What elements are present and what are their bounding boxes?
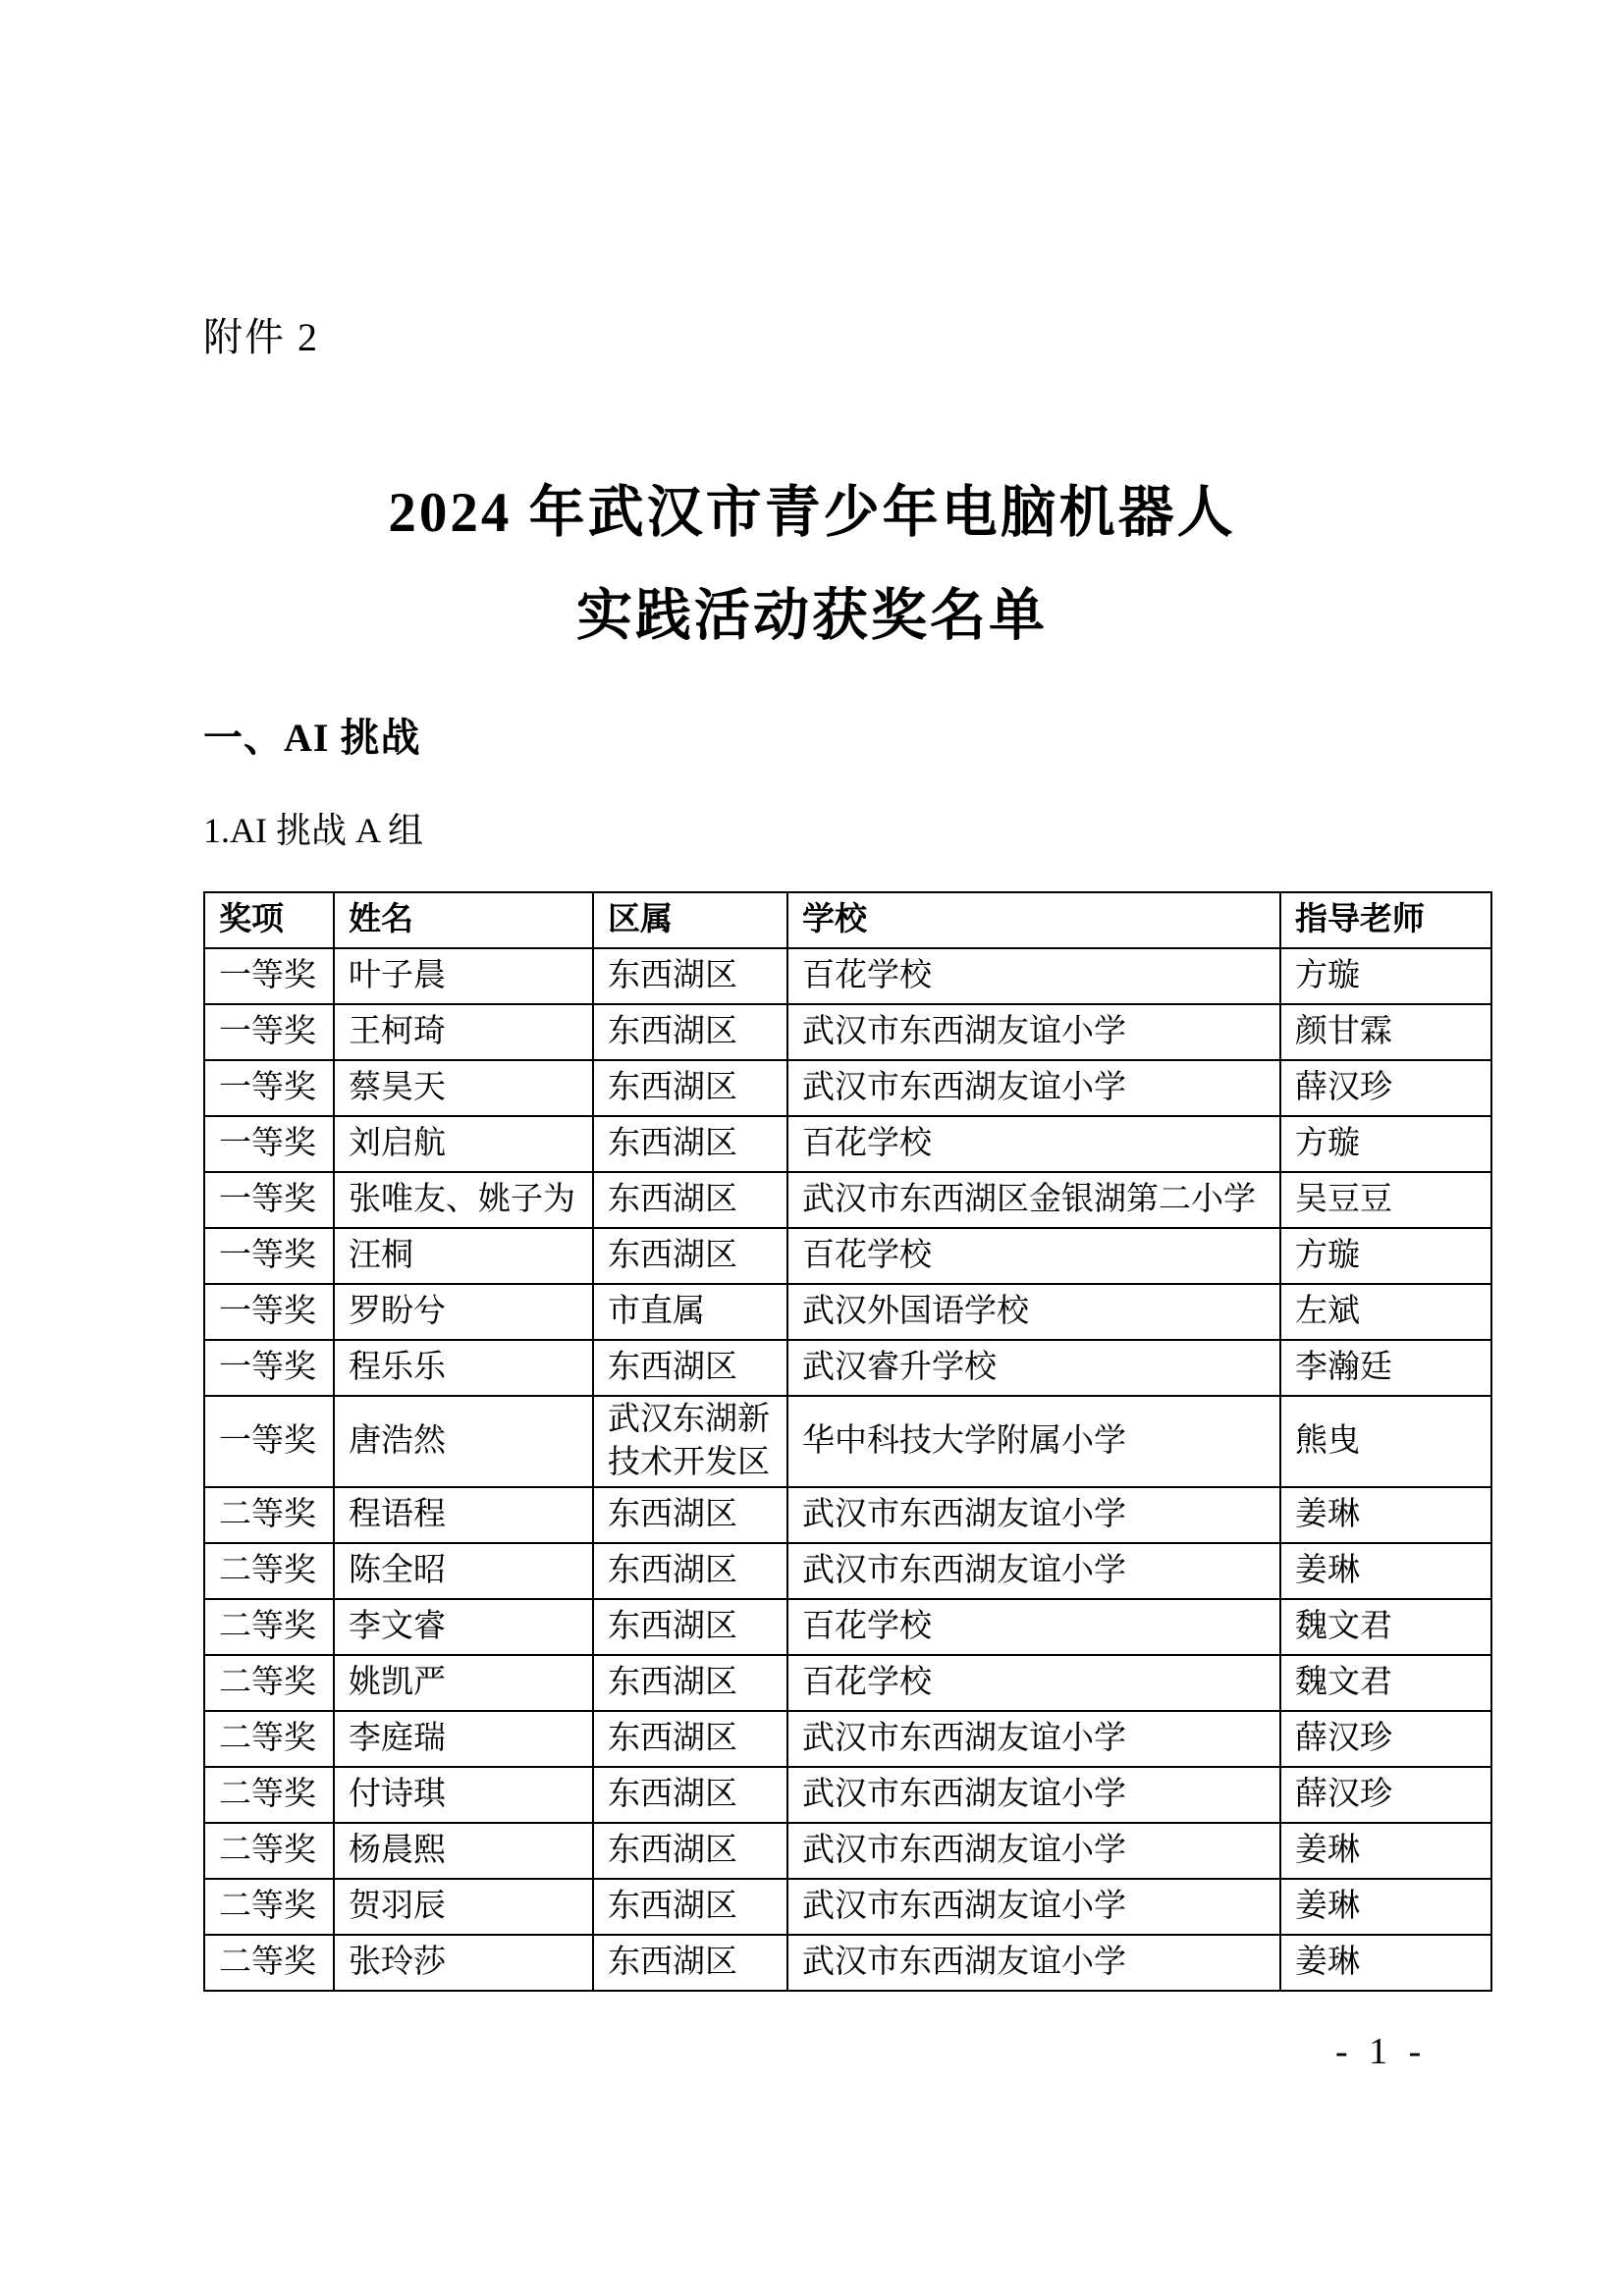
table-cell-name: 罗盼兮 — [334, 1284, 593, 1340]
table-cell-school: 武汉市东西湖区金银湖第二小学 — [787, 1172, 1280, 1228]
table-cell-award: 二等奖 — [204, 1711, 334, 1767]
table-row: 一等奖罗盼兮市直属武汉外国语学校左斌 — [204, 1284, 1491, 1340]
table-cell-name: 程语程 — [334, 1487, 593, 1543]
table-cell-school: 武汉市东西湖友谊小学 — [787, 1879, 1280, 1935]
table-cell-district: 东西湖区 — [593, 1935, 787, 1991]
header-cell-school: 学校 — [787, 892, 1280, 948]
table-cell-name: 程乐乐 — [334, 1340, 593, 1396]
table-cell-name: 姚凯严 — [334, 1655, 593, 1711]
table-cell-award: 二等奖 — [204, 1879, 334, 1935]
table-cell-award: 二等奖 — [204, 1767, 334, 1823]
table-cell-name: 李文睿 — [334, 1599, 593, 1655]
header-cell-name: 姓名 — [334, 892, 593, 948]
table-cell-district: 东西湖区 — [593, 1487, 787, 1543]
table-cell-district: 东西湖区 — [593, 1879, 787, 1935]
table-row: 一等奖蔡昊天东西湖区武汉市东西湖友谊小学薛汉珍 — [204, 1060, 1491, 1116]
table-cell-teacher: 方璇 — [1280, 1116, 1491, 1172]
table-cell-district: 武汉东湖新技术开发区 — [593, 1396, 787, 1487]
table-cell-award: 一等奖 — [204, 1396, 334, 1487]
table-row: 二等奖程语程东西湖区武汉市东西湖友谊小学姜琳 — [204, 1487, 1491, 1543]
table-cell-school: 武汉市东西湖友谊小学 — [787, 1823, 1280, 1879]
table-cell-name: 唐浩然 — [334, 1396, 593, 1487]
table-cell-school: 武汉市东西湖友谊小学 — [787, 1767, 1280, 1823]
table-cell-name: 贺羽辰 — [334, 1879, 593, 1935]
table-cell-teacher: 薛汉珍 — [1280, 1767, 1491, 1823]
table-cell-teacher: 姜琳 — [1280, 1487, 1491, 1543]
table-cell-district: 东西湖区 — [593, 1060, 787, 1116]
page-title-line-2: 实践活动获奖名单 — [0, 564, 1624, 667]
table-cell-teacher: 姜琳 — [1280, 1935, 1491, 1991]
table-cell-teacher: 左斌 — [1280, 1284, 1491, 1340]
table-cell-teacher: 方璇 — [1280, 1228, 1491, 1284]
table-cell-school: 百花学校 — [787, 948, 1280, 1004]
header-cell-award: 奖项 — [204, 892, 334, 948]
table-cell-teacher: 熊曳 — [1280, 1396, 1491, 1487]
table-cell-school: 百花学校 — [787, 1228, 1280, 1284]
page-number: - 1 - — [1335, 2030, 1427, 2073]
subsection-heading-group-a: 1.AI 挑战 A 组 — [203, 803, 423, 853]
table-cell-teacher: 薛汉珍 — [1280, 1060, 1491, 1116]
table-cell-award: 一等奖 — [204, 1172, 334, 1228]
table-cell-district: 东西湖区 — [593, 1655, 787, 1711]
table-cell-name: 杨晨熙 — [334, 1823, 593, 1879]
awards-table-body: 一等奖叶子晨东西湖区百花学校方璇一等奖王柯琦东西湖区武汉市东西湖友谊小学颜甘霖一… — [204, 948, 1491, 1991]
table-cell-district: 市直属 — [593, 1284, 787, 1340]
table-row: 一等奖刘启航东西湖区百花学校方璇 — [204, 1116, 1491, 1172]
table-cell-teacher: 姜琳 — [1280, 1823, 1491, 1879]
awards-table-header: 奖项 姓名 区属 学校 指导老师 — [204, 892, 1491, 948]
table-row: 二等奖付诗琪东西湖区武汉市东西湖友谊小学薛汉珍 — [204, 1767, 1491, 1823]
table-cell-teacher: 魏文君 — [1280, 1599, 1491, 1655]
table-cell-teacher: 李瀚廷 — [1280, 1340, 1491, 1396]
table-cell-district: 东西湖区 — [593, 1116, 787, 1172]
page-title: 2024 年武汉市青少年电脑机器人 实践活动获奖名单 — [0, 461, 1624, 667]
table-cell-school: 百花学校 — [787, 1599, 1280, 1655]
table-cell-name: 付诗琪 — [334, 1767, 593, 1823]
table-cell-name: 蔡昊天 — [334, 1060, 593, 1116]
table-cell-school: 武汉市东西湖友谊小学 — [787, 1487, 1280, 1543]
header-cell-district: 区属 — [593, 892, 787, 948]
table-cell-school: 百花学校 — [787, 1116, 1280, 1172]
table-cell-teacher: 姜琳 — [1280, 1543, 1491, 1599]
table-row: 二等奖陈全昭东西湖区武汉市东西湖友谊小学姜琳 — [204, 1543, 1491, 1599]
table-cell-award: 二等奖 — [204, 1823, 334, 1879]
attachment-label: 附件 2 — [203, 306, 319, 362]
table-cell-award: 一等奖 — [204, 1284, 334, 1340]
table-cell-name: 王柯琦 — [334, 1004, 593, 1060]
table-cell-name: 张唯友、姚子为 — [334, 1172, 593, 1228]
awards-table: 奖项 姓名 区属 学校 指导老师 一等奖叶子晨东西湖区百花学校方璇一等奖王柯琦东… — [203, 891, 1492, 1992]
table-cell-award: 二等奖 — [204, 1543, 334, 1599]
table-row: 二等奖杨晨熙东西湖区武汉市东西湖友谊小学姜琳 — [204, 1823, 1491, 1879]
table-cell-award: 二等奖 — [204, 1655, 334, 1711]
table-row: 二等奖姚凯严东西湖区百花学校魏文君 — [204, 1655, 1491, 1711]
table-cell-school: 武汉外国语学校 — [787, 1284, 1280, 1340]
table-cell-school: 武汉市东西湖友谊小学 — [787, 1711, 1280, 1767]
table-cell-award: 一等奖 — [204, 1116, 334, 1172]
section-heading-ai-challenge: 一、AI 挑战 — [203, 707, 420, 763]
table-row: 一等奖王柯琦东西湖区武汉市东西湖友谊小学颜甘霖 — [204, 1004, 1491, 1060]
table-cell-teacher: 颜甘霖 — [1280, 1004, 1491, 1060]
table-cell-award: 一等奖 — [204, 1004, 334, 1060]
table-cell-name: 刘启航 — [334, 1116, 593, 1172]
table-cell-name: 张玲莎 — [334, 1935, 593, 1991]
table-cell-school: 武汉市东西湖友谊小学 — [787, 1935, 1280, 1991]
page-title-line-1: 2024 年武汉市青少年电脑机器人 — [0, 461, 1624, 564]
table-row: 一等奖程乐乐东西湖区武汉睿升学校李瀚廷 — [204, 1340, 1491, 1396]
table-cell-school: 武汉睿升学校 — [787, 1340, 1280, 1396]
table-cell-award: 一等奖 — [204, 1340, 334, 1396]
table-cell-award: 二等奖 — [204, 1599, 334, 1655]
table-cell-teacher: 魏文君 — [1280, 1655, 1491, 1711]
table-cell-name: 李庭瑞 — [334, 1711, 593, 1767]
table-cell-award: 一等奖 — [204, 1228, 334, 1284]
table-cell-teacher: 方璇 — [1280, 948, 1491, 1004]
document-page: { "page": { "attachment_label": "附件 2", … — [0, 0, 1624, 2296]
table-header-row: 奖项 姓名 区属 学校 指导老师 — [204, 892, 1491, 948]
table-cell-award: 二等奖 — [204, 1487, 334, 1543]
table-cell-school: 百花学校 — [787, 1655, 1280, 1711]
table-row: 一等奖汪桐东西湖区百花学校方璇 — [204, 1228, 1491, 1284]
table-cell-district: 东西湖区 — [593, 1543, 787, 1599]
table-cell-district: 东西湖区 — [593, 1228, 787, 1284]
table-cell-name: 陈全昭 — [334, 1543, 593, 1599]
table-row: 二等奖李庭瑞东西湖区武汉市东西湖友谊小学薛汉珍 — [204, 1711, 1491, 1767]
table-cell-district: 东西湖区 — [593, 1823, 787, 1879]
table-cell-teacher: 薛汉珍 — [1280, 1711, 1491, 1767]
table-cell-award: 一等奖 — [204, 948, 334, 1004]
table-row: 二等奖贺羽辰东西湖区武汉市东西湖友谊小学姜琳 — [204, 1879, 1491, 1935]
table-cell-award: 一等奖 — [204, 1060, 334, 1116]
table-row: 二等奖李文睿东西湖区百花学校魏文君 — [204, 1599, 1491, 1655]
table-cell-name: 汪桐 — [334, 1228, 593, 1284]
table-cell-district: 东西湖区 — [593, 1767, 787, 1823]
table-cell-school: 华中科技大学附属小学 — [787, 1396, 1280, 1487]
table-cell-district: 东西湖区 — [593, 1172, 787, 1228]
table-cell-district: 东西湖区 — [593, 1711, 787, 1767]
table-row: 一等奖叶子晨东西湖区百花学校方璇 — [204, 948, 1491, 1004]
table-row: 一等奖张唯友、姚子为东西湖区武汉市东西湖区金银湖第二小学吴豆豆 — [204, 1172, 1491, 1228]
table-cell-award: 二等奖 — [204, 1935, 334, 1991]
table-row: 二等奖张玲莎东西湖区武汉市东西湖友谊小学姜琳 — [204, 1935, 1491, 1991]
header-cell-teacher: 指导老师 — [1280, 892, 1491, 948]
table-cell-school: 武汉市东西湖友谊小学 — [787, 1004, 1280, 1060]
table-cell-name: 叶子晨 — [334, 948, 593, 1004]
table-cell-school: 武汉市东西湖友谊小学 — [787, 1543, 1280, 1599]
table-cell-school: 武汉市东西湖友谊小学 — [787, 1060, 1280, 1116]
table-cell-district: 东西湖区 — [593, 1004, 787, 1060]
table-cell-district: 东西湖区 — [593, 948, 787, 1004]
table-cell-district: 东西湖区 — [593, 1340, 787, 1396]
table-cell-teacher: 姜琳 — [1280, 1879, 1491, 1935]
table-cell-district: 东西湖区 — [593, 1599, 787, 1655]
table-row: 一等奖唐浩然武汉东湖新技术开发区华中科技大学附属小学熊曳 — [204, 1396, 1491, 1487]
table-cell-teacher: 吴豆豆 — [1280, 1172, 1491, 1228]
